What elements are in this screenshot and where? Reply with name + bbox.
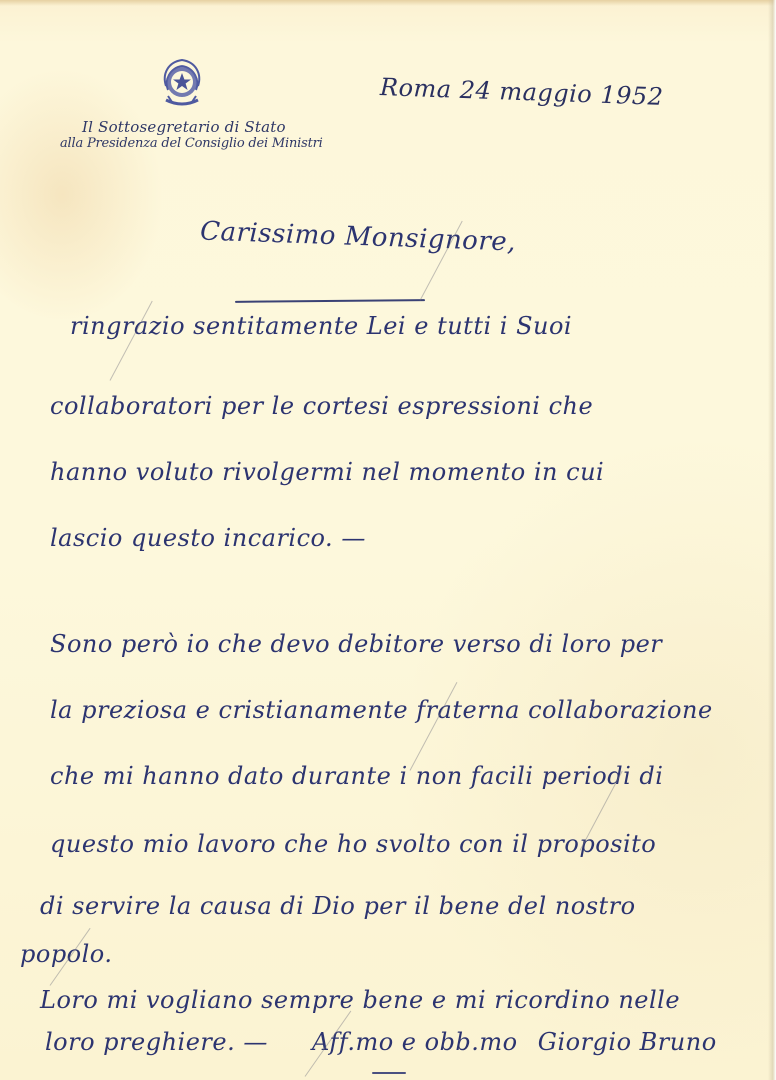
body-line: collaboratori per le cortesi espressioni…	[50, 392, 593, 420]
signature: Giorgio Bruno	[538, 1028, 717, 1056]
closing: Aff.mo e obb.mo	[312, 1028, 518, 1056]
body-line: di servire la causa di Dio per il bene d…	[40, 892, 636, 920]
emblem-of-italy-icon	[158, 56, 206, 110]
letterhead-title: Il Sottosegretario di Stato	[82, 118, 312, 136]
body-line: loro preghiere. —	[45, 1028, 268, 1056]
body-line: Sono però io che devo debitore verso di …	[50, 630, 662, 658]
body-line: Loro mi vogliano sempre bene e mi ricord…	[40, 986, 680, 1014]
body-line: ringrazio sentitamente Lei e tutti i Suo…	[70, 312, 572, 340]
signature-block: Aff.mo e obb.mo Giorgio Bruno	[312, 1028, 717, 1056]
body-line: la preziosa e cristianamente fraterna co…	[50, 696, 713, 724]
letterhead-subtitle: alla Presidenza del Consiglio dei Minist…	[60, 136, 312, 151]
body-line: hanno voluto rivolgermi nel momento in c…	[50, 458, 604, 486]
dateline: Roma 24 maggio 1952	[380, 73, 664, 111]
letterhead: Il Sottosegretario di Stato alla Preside…	[52, 56, 312, 151]
letter-page: Il Sottosegretario di Stato alla Preside…	[0, 0, 776, 1080]
salutation-underline	[235, 299, 425, 303]
body-line: questo mio lavoro che ho svolto con il p…	[50, 830, 656, 858]
salutation: Carissimo Monsignore,	[200, 216, 517, 257]
body-line: lascio questo incarico. —	[50, 524, 366, 552]
signature-flourish	[372, 1072, 406, 1074]
body-line: popolo.	[20, 940, 112, 968]
body-line: che mi hanno dato durante i non facili p…	[50, 762, 663, 790]
